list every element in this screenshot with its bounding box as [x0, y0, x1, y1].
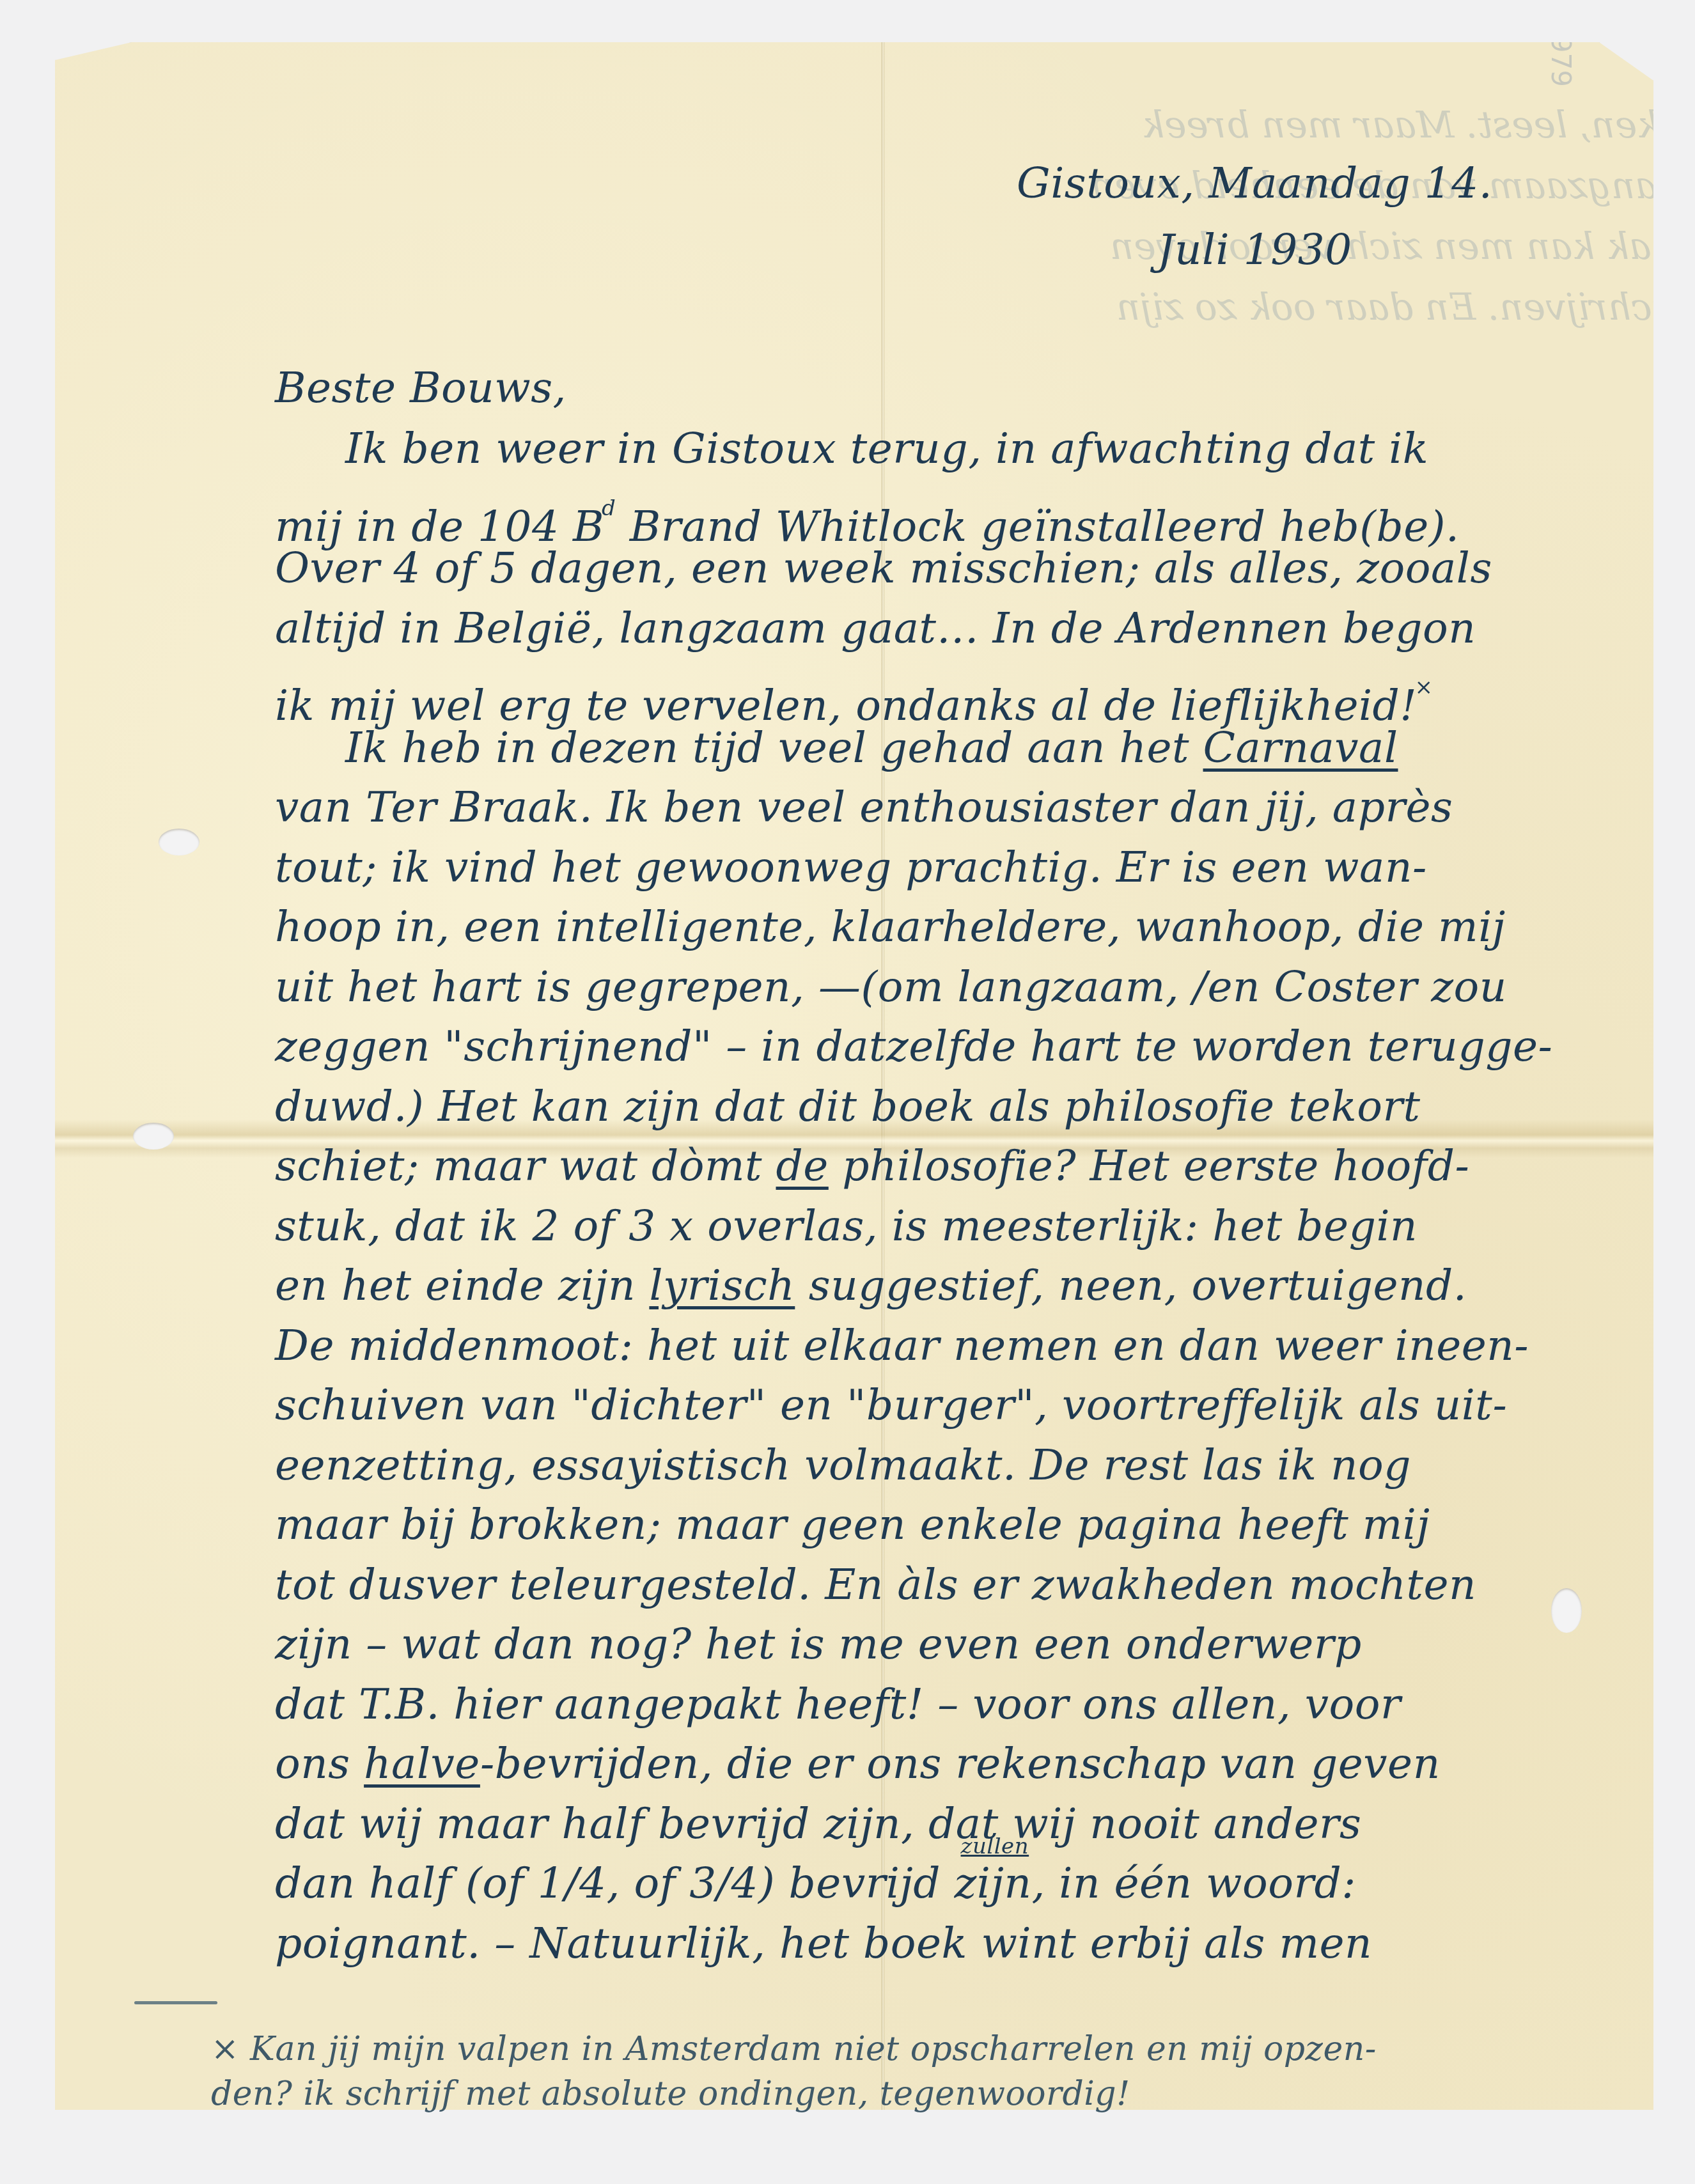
body-line: zijn – wat dan nog? het is me even een o… [275, 1614, 1656, 1674]
month-year: Juli 1930 [991, 220, 1566, 280]
text: philosofie? Het eerste hoofd- [829, 1141, 1469, 1190]
salutation: Beste Bouws, [275, 358, 566, 418]
body-line: Ik ben weer in Gistoux terug, in afwacht… [275, 419, 1656, 479]
place-date: Gistoux, Maandag 14. [991, 153, 1566, 214]
body-line: dan half (of 1/4, of 3/4) bevrijd zullen… [275, 1853, 1656, 1914]
body-line: zeggen "schrijnend" – in datzelfde hart … [275, 1017, 1656, 1077]
body-line: tout; ik vind het gewoonweg prachtig. Er… [275, 838, 1656, 898]
body-line: poignant. – Natuurlijk, het boek wint er… [275, 1914, 1656, 1974]
body-line: tot dusver teleurgesteld. En àls er zwak… [275, 1555, 1656, 1615]
body-line: stuk, dat ik 2 of 3 x overlas, is meeste… [275, 1196, 1656, 1256]
body-line: en het einde zijn lyrisch suggestief, ne… [275, 1256, 1656, 1316]
scanned-letter: het langzaam, bij korte stukken, leest. … [0, 0, 1695, 2184]
body-line: schuiven van "dichter" en "burger", voor… [275, 1375, 1656, 1435]
text: -bevrijden, die er ons rekenschap van ge… [480, 1739, 1441, 1788]
body-line: mij in de 104 Bd Brand Whitlock geïnstal… [275, 479, 1656, 539]
text: suggestief, neen, overtuigend. [795, 1261, 1467, 1310]
body-line: schiet; maar wat dòmt de philosofie? Het… [275, 1136, 1656, 1196]
bleed-through-text: het langzaam, bij korte stukken, leest. … [1142, 103, 1695, 146]
text: dan half (of 1/4, of 3/4) bevrijd [275, 1859, 955, 1908]
body-line: Over 4 of 5 dagen, een week misschien; a… [275, 538, 1656, 598]
punch-hole [159, 829, 199, 855]
footnote-line: × Kan jij mijn valpen in Amsterdam niet … [211, 2027, 1377, 2071]
body-line: altijd in België, langzaam gaat… In de A… [275, 598, 1656, 659]
archive-number: 8979 [1545, 19, 1577, 87]
letter-body: Ik ben weer in Gistoux terug, in afwacht… [275, 419, 1656, 1973]
body-line: hoop in, een intelligente, klaarheldere,… [275, 897, 1656, 957]
body-line: dat T.B. hier aangepakt heeft! – voor on… [275, 1674, 1656, 1735]
footnote-separator [134, 2001, 217, 2004]
superscript: d [602, 495, 616, 521]
letter-heading: Gistoux, Maandag 14. Juli 1930 [991, 153, 1566, 279]
footnote-line: den? ik schrijf met absolute ondingen, t… [211, 2071, 1377, 2116]
punch-hole [133, 1123, 174, 1150]
body-line: maar bij brokken; maar geen enkele pagin… [275, 1495, 1656, 1555]
body-line: De middenmoot: het uit elkaar nemen en d… [275, 1316, 1656, 1376]
body-line: ik mij wel erg te vervelen, ondanks al d… [275, 658, 1656, 718]
text: ons [275, 1739, 364, 1788]
underlined-title: Carnaval [1203, 723, 1398, 772]
body-line: Ik heb in dezen tijd veel gehad aan het … [275, 718, 1656, 778]
footnote: × Kan jij mijn valpen in Amsterdam niet … [211, 2027, 1377, 2116]
body-line: duwd.) Het kan zijn dat dit boek als phi… [275, 1077, 1656, 1137]
text: Ik heb in dezen tijd veel gehad aan het [345, 723, 1203, 772]
underlined-word: halve [364, 1739, 480, 1788]
underlined-word: de [776, 1141, 828, 1190]
text: zijn, in één woord: [955, 1859, 1357, 1908]
body-line: uit het hart is gegrepen, —(om langzaam,… [275, 957, 1656, 1017]
underlined-word: lyrisch [649, 1261, 795, 1310]
body-line: van Ter Braak. Ik ben veel enthousiaster… [275, 777, 1656, 838]
bleed-through-text: het willekeur daar te schrijven. En daar… [1116, 285, 1695, 329]
body-line: eenzetting, essayistisch volmaakt. De re… [275, 1435, 1656, 1495]
body-line: ons halve-bevrijden, die er ons rekensch… [275, 1734, 1656, 1794]
text: en het einde zijn [275, 1261, 649, 1310]
footnote-mark: × [1414, 675, 1433, 700]
text: schiet; maar wat dòmt [275, 1141, 776, 1190]
insertion-above: zullen [961, 1836, 1029, 1857]
